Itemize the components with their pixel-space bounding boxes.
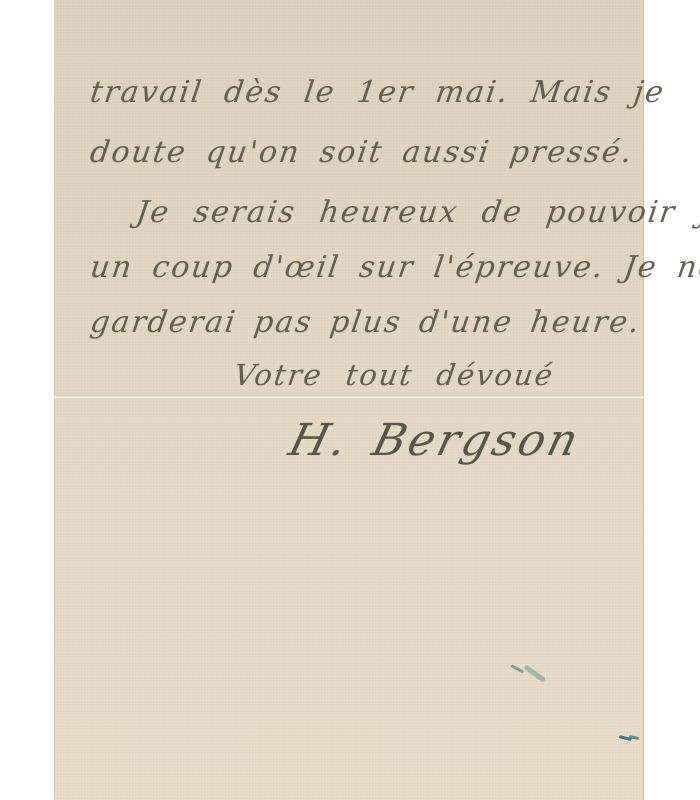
ink-stain-mark bbox=[510, 664, 524, 673]
letter-line: Je serais heureux de pouvoir jeter bbox=[134, 195, 700, 230]
ink-stain-mark bbox=[524, 664, 546, 682]
letter-line: garderai pas plus d'une heure. bbox=[88, 305, 643, 340]
letter-line: un coup d'œil sur l'épreuve. Je ne la bbox=[88, 250, 700, 285]
signature: H. Bergson bbox=[284, 415, 586, 466]
paper-sheet: travail dès le 1er mai. Mais je doute qu… bbox=[54, 0, 644, 800]
letter-line: travail dès le 1er mai. Mais je bbox=[88, 75, 667, 110]
letter-closing: Votre tout dévoué bbox=[232, 358, 556, 392]
paper-fold-crease bbox=[54, 395, 644, 399]
letter-scan: travail dès le 1er mai. Mais je doute qu… bbox=[0, 0, 700, 800]
letter-line: doute qu'on soit aussi pressé. bbox=[88, 135, 636, 170]
